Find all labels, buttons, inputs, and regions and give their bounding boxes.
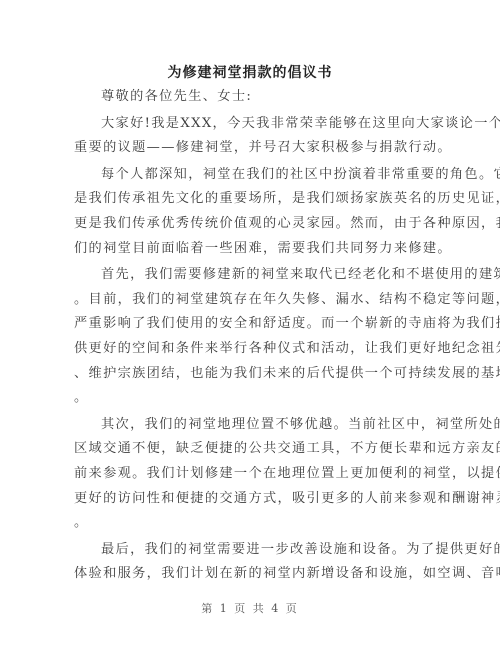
text-line: 是我们传承祖先文化的重要场所，是我们颂扬家族英名的历史见证，	[74, 187, 420, 212]
text-line: 更是我们传承优秀传统价值观的心灵家园。然而，由于各种原因，我	[74, 212, 420, 237]
text-line: 们的祠堂目前面临着一些困难，需要我们共同努力来修建。	[74, 237, 420, 262]
text-line: 、维护宗族团结，也能为我们未来的后代提供一个可持续发展的基地	[74, 362, 420, 387]
text-line: 。目前，我们的祠堂建筑存在年久失修、漏水、结构不稳定等问题，	[74, 288, 420, 313]
text-line: 。	[74, 386, 420, 411]
text-line: 尊敬的各位先生、女士:	[74, 85, 420, 110]
text-line: 体验和服务，我们计划在新的祠堂内新增设备和设施，如空调、音响	[74, 562, 420, 587]
text-line: 大家好!我是XXX，今天我非常荣幸能够在这里向大家谈论一个	[74, 112, 420, 137]
text-line: 。	[74, 511, 420, 536]
text-line: 前来参观。我们计划修建一个在地理位置上更加便利的祠堂，以提供	[74, 462, 420, 487]
text-line: 严重影响了我们使用的安全和舒适度。而一个崭新的寺庙将为我们提	[74, 312, 420, 337]
text-line: 区域交通不便，缺乏便捷的公共交通工具，不方便长辈和远方亲友的	[74, 437, 420, 462]
page-number-footer: 第 1 页 共 4 页	[0, 600, 500, 616]
text-line: 重要的议题——修建祠堂，并号召大家积极参与捐款行动。	[74, 136, 420, 161]
text-line: 首先，我们需要修建新的祠堂来取代已经老化和不堪使用的建筑	[74, 263, 420, 288]
text-line: 最后，我们的祠堂需要进一步改善设施和设备。为了提供更好的	[74, 538, 420, 563]
document-body: 尊敬的各位先生、女士: 大家好!我是XXX，今天我非常荣幸能够在这里向大家谈论一…	[74, 85, 420, 587]
text-line: 其次，我们的祠堂地理位置不够优越。当前社区中，祠堂所处的	[74, 413, 420, 438]
text-line: 供更好的空间和条件来举行各种仪式和活动，让我们更好地纪念祖先	[74, 337, 420, 362]
text-line: 更好的访问性和便捷的交通方式，吸引更多的人前来参观和酬谢神灵	[74, 487, 420, 512]
document-title: 为修建祠堂捐款的倡议书	[0, 62, 500, 82]
text-line: 每个人都深知，祠堂在我们的社区中扮演着非常重要的角色。它	[74, 163, 420, 188]
document-page: 为修建祠堂捐款的倡议书 尊敬的各位先生、女士: 大家好!我是XXX，今天我非常荣…	[0, 0, 500, 647]
